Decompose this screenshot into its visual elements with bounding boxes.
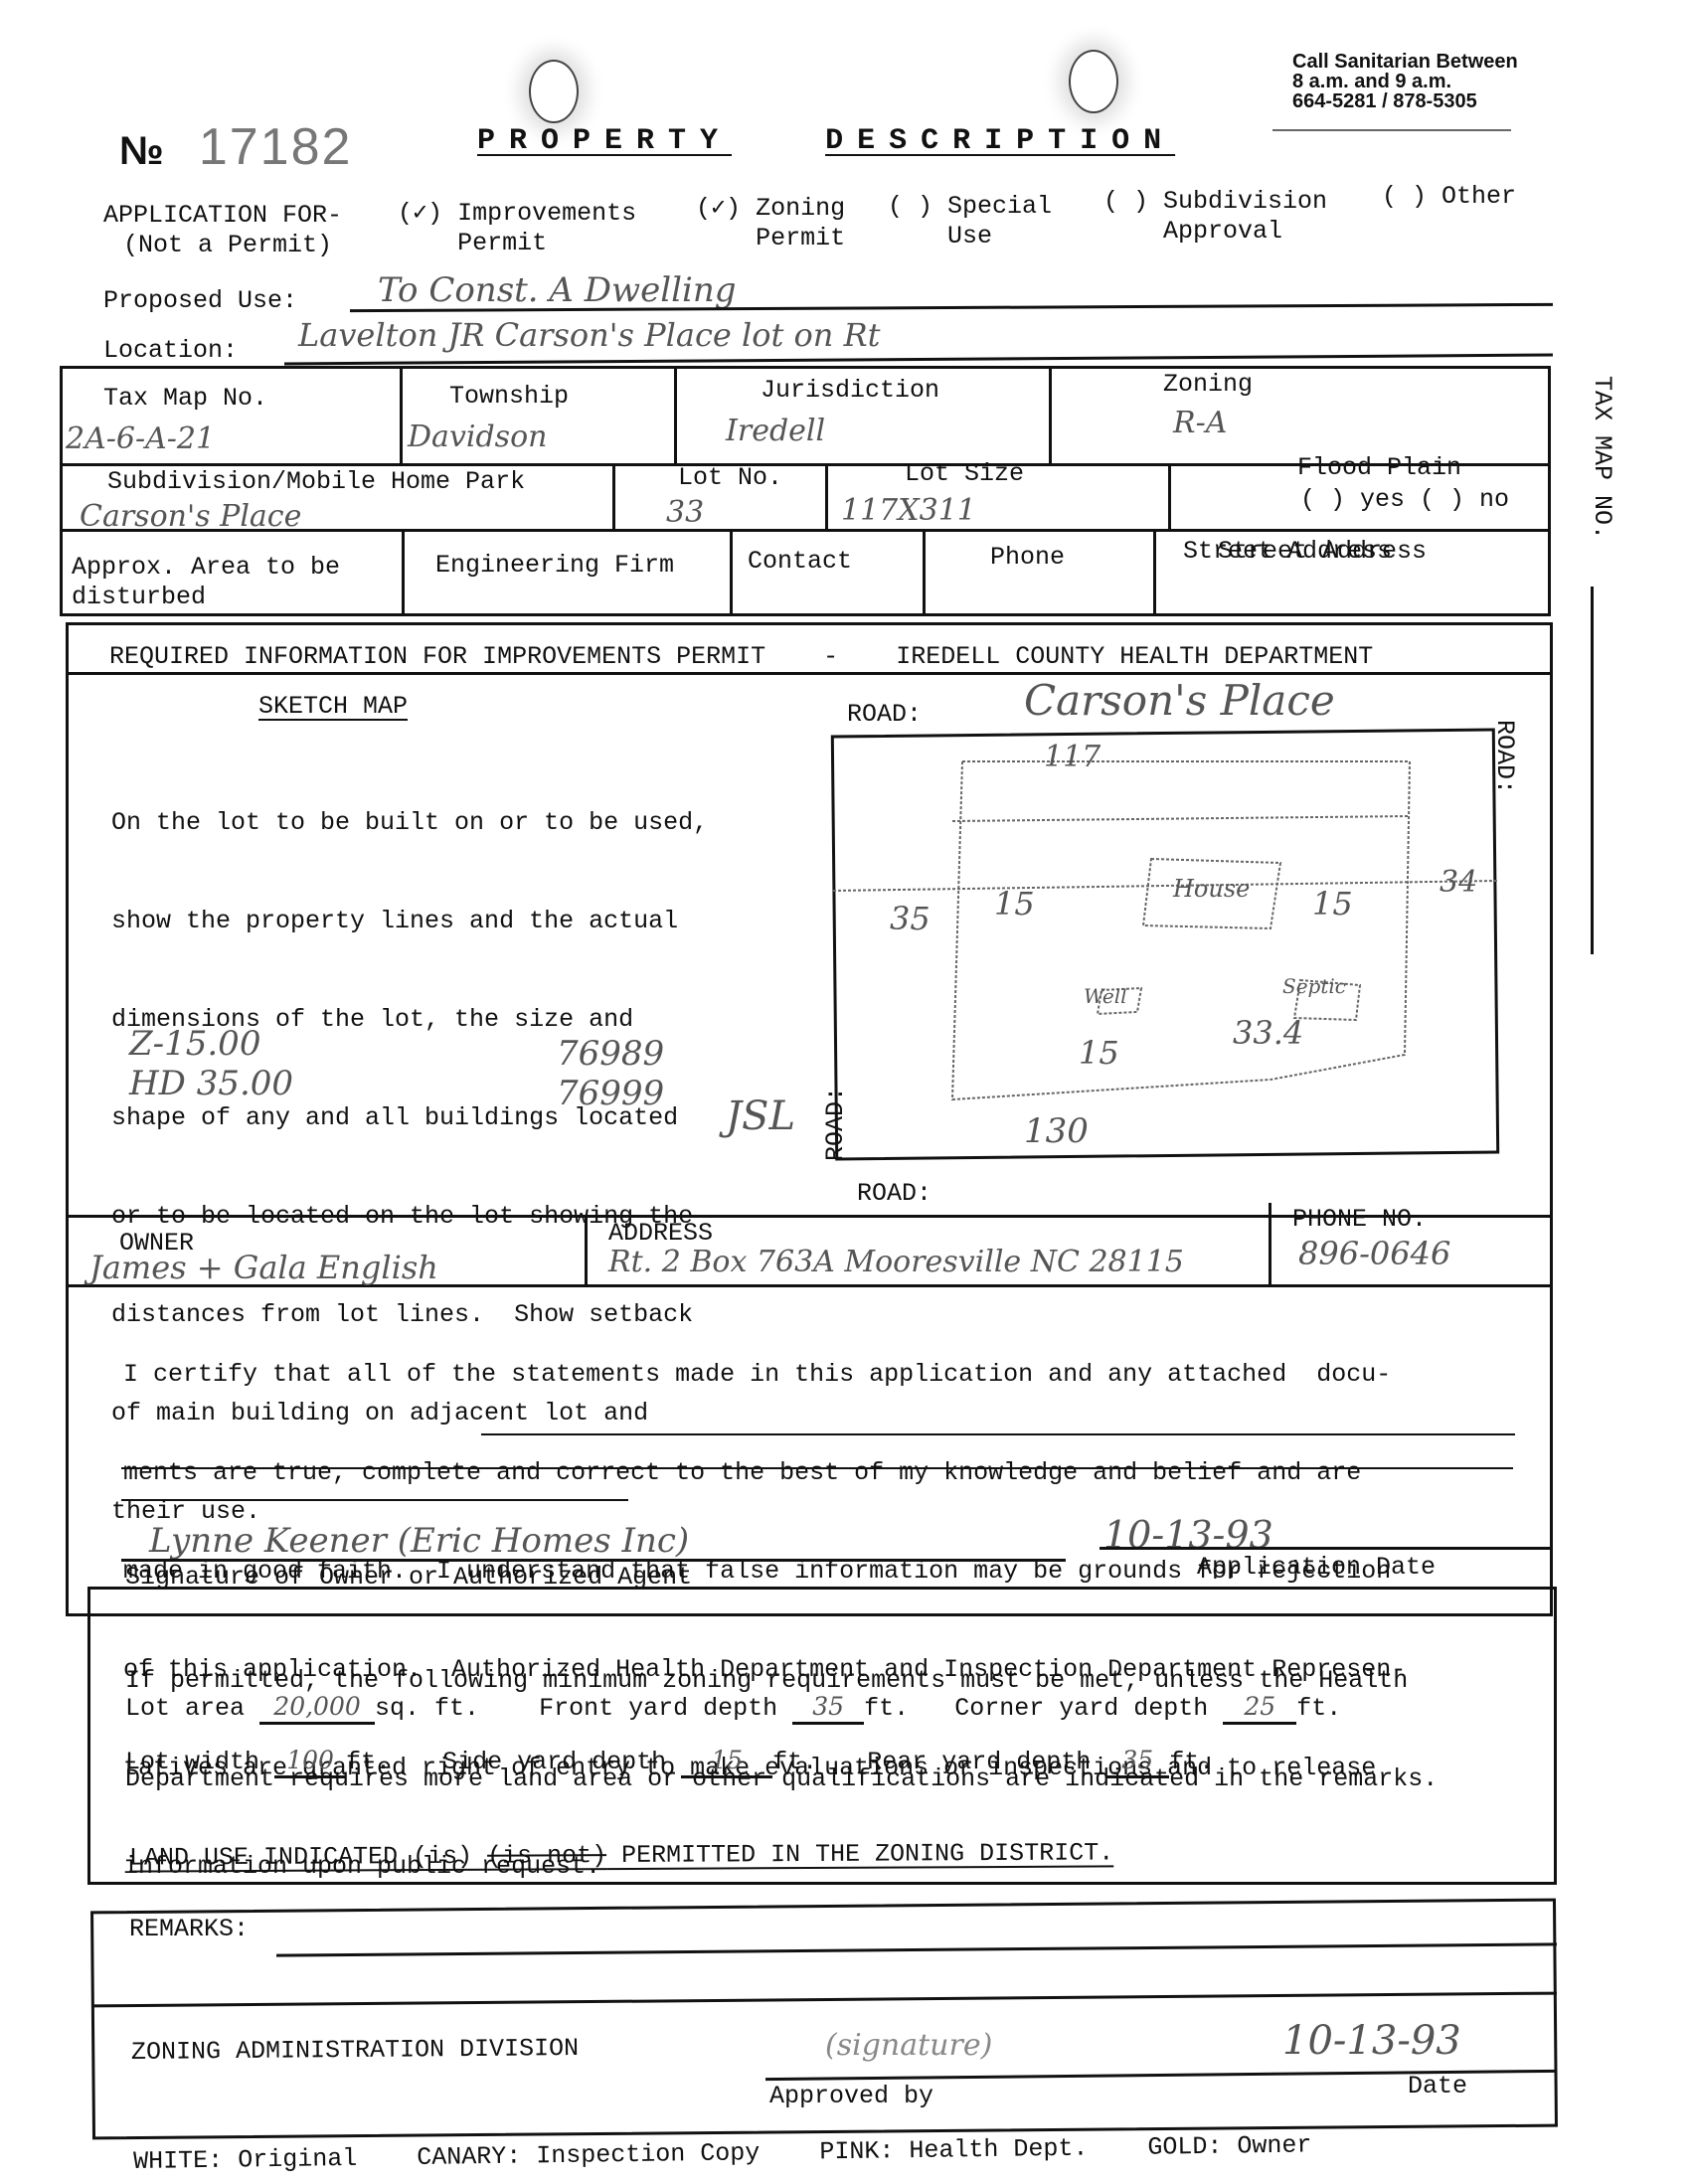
option-zoning-label: Zoning bbox=[756, 194, 845, 224]
underline-authorized bbox=[121, 1499, 628, 1501]
township-field[interactable]: Davidson bbox=[408, 420, 547, 454]
certification-line: ments are true, complete and correct to … bbox=[123, 1456, 1406, 1489]
phone-no-field[interactable]: 896-0646 bbox=[1298, 1235, 1450, 1272]
land-use-statement: LAND USE INDICATED (is) (is not) PERMITT… bbox=[129, 1838, 1113, 1873]
divider bbox=[1269, 1203, 1271, 1284]
approx-area-label-2: disturbed bbox=[72, 583, 340, 612]
fee-note-zoning: Z-15.00 bbox=[129, 1024, 293, 1064]
option-improvements-label: Improvements bbox=[457, 199, 636, 229]
township-label: Township bbox=[449, 382, 569, 412]
divider bbox=[402, 529, 405, 616]
lot-area-label: Lot area bbox=[125, 1694, 245, 1723]
sketch-left-setback: 35 bbox=[890, 900, 931, 937]
flood-plain-label: Flood Plain bbox=[1297, 453, 1461, 483]
road-bottom-label: ROAD: bbox=[857, 1179, 932, 1209]
punch-hole-left bbox=[529, 60, 579, 123]
street-address-label-text: Street Address bbox=[1218, 537, 1427, 567]
approx-area-label-1: Approx. Area to be bbox=[72, 553, 340, 583]
lot-boundary bbox=[952, 761, 1410, 1099]
improvements-header-right: IREDELL COUNTY HEALTH DEPARTMENT bbox=[896, 642, 1373, 671]
application-for-label: APPLICATION FOR- (Not a Permit) bbox=[103, 201, 342, 260]
jurisdiction-field[interactable]: Iredell bbox=[726, 414, 825, 448]
divider bbox=[1153, 529, 1156, 616]
option-special-use[interactable]: ( ) Special Use bbox=[888, 192, 1052, 252]
divider bbox=[1049, 366, 1052, 463]
divider bbox=[585, 1215, 588, 1284]
divider bbox=[674, 366, 677, 463]
tax-map-no-label: Tax Map No. bbox=[103, 384, 267, 414]
copy-canary-value: Inspection Copy bbox=[536, 2138, 760, 2170]
sketch-septic-label: Septic bbox=[1282, 974, 1346, 998]
tax-map-side-label: TAX MAP NO. bbox=[1588, 376, 1616, 540]
underline-authorized bbox=[481, 1433, 1515, 1435]
signature-field[interactable]: Lynne Keener (Eric Homes Inc) bbox=[149, 1521, 689, 1561]
zoning-row-2: Lot width 100ft. Side yard depth 15ft. R… bbox=[125, 1746, 1214, 1778]
title-word-property: PROPERTY bbox=[477, 124, 732, 158]
receipt-number-2: 76999 bbox=[557, 1074, 664, 1113]
option-zoning-label-2: Permit bbox=[756, 224, 845, 253]
copy-pink-label: PINK: bbox=[819, 2136, 894, 2166]
receipt-number-1: 76989 bbox=[557, 1034, 664, 1074]
approx-area-label: Approx. Area to be disturbed bbox=[72, 553, 340, 612]
sketch-drawing bbox=[833, 732, 1497, 1157]
zoning-row-1: Lot area 20,000sq. ft. Front yard depth … bbox=[125, 1692, 1341, 1725]
sanitarian-line-3: 664-5281 / 878-5305 bbox=[1292, 91, 1518, 111]
sketch-map-title: SKETCH MAP bbox=[258, 692, 408, 722]
checkbox-improvements[interactable]: (✓) bbox=[398, 199, 442, 228]
option-other[interactable]: ( ) Other bbox=[1382, 182, 1516, 212]
approval-date-field[interactable]: 10-13-93 bbox=[1282, 2018, 1461, 2064]
form-number-prefix: № bbox=[119, 129, 166, 173]
location-label: Location: bbox=[103, 336, 238, 366]
fee-notes: Z-15.00 HD 35.00 bbox=[129, 1024, 293, 1103]
punch-hole-right bbox=[1069, 50, 1118, 113]
side-yard-field[interactable]: 15 bbox=[681, 1746, 772, 1778]
checkbox-other[interactable]: ( ) bbox=[1382, 182, 1427, 211]
sanitarian-line-2: 8 a.m. and 9 a.m. bbox=[1292, 72, 1518, 91]
option-subdivision[interactable]: ( ) Subdivision Approval bbox=[1103, 187, 1327, 247]
address-field[interactable]: Rt. 2 Box 763A Mooresville NC 28115 bbox=[608, 1245, 1184, 1279]
initials: JSL bbox=[726, 1093, 795, 1139]
sanitarian-line-1: Call Sanitarian Between bbox=[1292, 52, 1518, 72]
corner-yard-label: Corner yard depth bbox=[954, 1694, 1208, 1723]
improvements-header: REQUIRED INFORMATION FOR IMPROVEMENTS PE… bbox=[109, 642, 1373, 672]
lot-no-label: Lot No. bbox=[678, 463, 782, 493]
approved-by-label: Approved by bbox=[769, 2082, 933, 2111]
rear-yard-label: Rear yard depth bbox=[867, 1748, 1091, 1776]
location-field[interactable]: Lavelton JR Carson's Place lot on Rt bbox=[298, 316, 1551, 354]
sketch-bottom-left: 15 bbox=[1079, 1034, 1119, 1072]
signature-line bbox=[121, 1559, 1066, 1562]
front-yard-field[interactable]: 35 bbox=[792, 1692, 864, 1725]
sketch-right-inner: 15 bbox=[1312, 885, 1353, 923]
copy-white-value: Original bbox=[238, 2144, 357, 2175]
engineering-firm-label: Engineering Firm bbox=[435, 551, 674, 581]
side-yard-label: Side yard depth bbox=[442, 1748, 666, 1776]
copy-gold-value: Owner bbox=[1237, 2130, 1311, 2160]
land-use-suffix: PERMITTED IN THE ZONING DISTRICT. bbox=[606, 1838, 1113, 1870]
rear-yard-unit: ft. bbox=[1169, 1748, 1214, 1776]
option-subdivision-label: Subdivision bbox=[1163, 187, 1327, 217]
rear-yard-field[interactable]: 35 bbox=[1105, 1746, 1169, 1778]
flood-plain-options[interactable]: ( ) yes ( ) no bbox=[1300, 485, 1509, 515]
road-top-field[interactable]: Carson's Place bbox=[1024, 676, 1335, 725]
application-for-line-1: APPLICATION FOR- bbox=[103, 201, 342, 231]
tax-map-no-field[interactable]: 2A-6-A-21 bbox=[66, 421, 215, 456]
certification-line: I certify that all of the statements mad… bbox=[123, 1358, 1406, 1391]
road-top-label: ROAD: bbox=[847, 700, 922, 730]
checkbox-zoning[interactable]: (✓) bbox=[696, 194, 741, 223]
divider bbox=[1168, 463, 1171, 529]
corner-yard-unit: ft. bbox=[1296, 1694, 1341, 1723]
copy-gold-label: GOLD: bbox=[1147, 2132, 1222, 2162]
option-special-use-label-2: Use bbox=[947, 222, 1052, 252]
checkbox-subdivision[interactable]: ( ) bbox=[1103, 187, 1148, 216]
divider bbox=[612, 463, 615, 529]
sketch-bottom-dim: 130 bbox=[1024, 1111, 1089, 1151]
proposed-use-label: Proposed Use: bbox=[103, 286, 297, 316]
improvements-header-left: REQUIRED INFORMATION FOR IMPROVEMENTS PE… bbox=[109, 642, 765, 671]
lot-width-unit: ft. bbox=[346, 1748, 391, 1776]
front-yard-label: Front yard depth bbox=[539, 1694, 777, 1723]
land-use-struck-option: (is not) bbox=[487, 1841, 606, 1871]
front-yard-unit: ft. bbox=[864, 1694, 909, 1723]
page-title: PROPERTY DESCRIPTION bbox=[477, 124, 1175, 158]
location-underline bbox=[284, 354, 1553, 366]
option-zoning[interactable]: (✓) Zoning Permit bbox=[696, 194, 845, 253]
divider bbox=[1272, 129, 1511, 131]
copy-white-label: WHITE: bbox=[133, 2146, 223, 2176]
date-line bbox=[1100, 1547, 1553, 1550]
lot-area-field[interactable]: 20,000 bbox=[259, 1692, 375, 1725]
sketch-top-dim: 117 bbox=[1044, 740, 1101, 774]
zoning-division-label: ZONING ADMINISTRATION DIVISION bbox=[131, 2034, 579, 2068]
lot-width-label: Lot width bbox=[125, 1748, 259, 1776]
checkbox-special-use[interactable]: ( ) bbox=[888, 192, 932, 221]
sketch-left-inner: 15 bbox=[994, 885, 1035, 923]
phone-no-label: PHONE NO. bbox=[1292, 1205, 1427, 1235]
application-for-line-2: (Not a Permit) bbox=[103, 231, 342, 260]
subdivision-field[interactable]: Carson's Place bbox=[80, 499, 301, 534]
tax-map-side-line bbox=[1591, 587, 1594, 954]
sketch-right-setback: 34 bbox=[1440, 865, 1477, 900]
divider bbox=[400, 366, 403, 463]
lot-width-field[interactable]: 100 bbox=[274, 1746, 346, 1778]
option-other-label: Other bbox=[1441, 182, 1516, 211]
phone-label: Phone bbox=[990, 543, 1065, 573]
application-date-label: Application Date bbox=[1197, 1553, 1436, 1583]
sketch-well-label: Well bbox=[1084, 984, 1127, 1008]
improvements-header-dash: - bbox=[823, 642, 838, 671]
approved-by-signature[interactable]: (signature) bbox=[825, 2028, 992, 2063]
remarks-label: REMARKS: bbox=[129, 1915, 249, 1944]
form-number-value: 17182 bbox=[199, 118, 353, 176]
lot-size-field[interactable]: 117X311 bbox=[841, 493, 976, 528]
sketch-house-label: House bbox=[1173, 875, 1250, 903]
land-use-prefix: LAND USE INDICATED (is) bbox=[129, 1842, 487, 1873]
option-special-use-label: Special bbox=[947, 192, 1052, 222]
subdivision-label: Subdivision/Mobile Home Park bbox=[107, 467, 525, 497]
zoning-label: Zoning bbox=[1163, 370, 1253, 400]
instruction-line: On the lot to be built on or to be used, bbox=[111, 806, 708, 839]
title-word-description: DESCRIPTION bbox=[825, 124, 1175, 158]
lot-area-unit: sq. ft. bbox=[375, 1694, 479, 1723]
divider bbox=[66, 672, 1553, 675]
instruction-line: show the property lines and the actual bbox=[111, 905, 708, 937]
corner-yard-field[interactable]: 25 bbox=[1223, 1692, 1296, 1725]
sketch-bottom-right: 33.4 bbox=[1233, 1014, 1303, 1052]
receipt-notes: 76989 76999 bbox=[557, 1034, 664, 1113]
sanitarian-notice: Call Sanitarian Between 8 a.m. and 9 a.m… bbox=[1292, 52, 1518, 111]
option-improvements-label-2: Permit bbox=[457, 229, 636, 258]
option-subdivision-label-2: Approval bbox=[1163, 217, 1327, 247]
owner-field[interactable]: James + Gala English bbox=[89, 1249, 438, 1286]
approval-date-label: Date bbox=[1408, 2072, 1467, 2101]
divider bbox=[730, 529, 733, 616]
side-yard-unit: ft. bbox=[772, 1748, 817, 1776]
underline-authorized bbox=[121, 1467, 1513, 1469]
form-number: № 17182 bbox=[119, 117, 352, 180]
application-date-field[interactable]: 10-13-93 bbox=[1103, 1513, 1273, 1557]
lot-no-field[interactable]: 33 bbox=[666, 495, 704, 530]
divider bbox=[825, 463, 828, 529]
copy-canary-label: CANARY: bbox=[417, 2142, 521, 2172]
fee-note-health: HD 35.00 bbox=[129, 1064, 293, 1103]
copy-pink-value: Health Dept. bbox=[909, 2134, 1088, 2166]
jurisdiction-label: Jurisdiction bbox=[761, 376, 939, 406]
lot-size-label: Lot Size bbox=[905, 459, 1024, 489]
zoning-field[interactable]: R-A bbox=[1173, 406, 1227, 440]
divider bbox=[923, 529, 926, 616]
option-improvements[interactable]: (✓) Improvements Permit bbox=[398, 199, 636, 258]
contact-label: Contact bbox=[748, 547, 852, 577]
